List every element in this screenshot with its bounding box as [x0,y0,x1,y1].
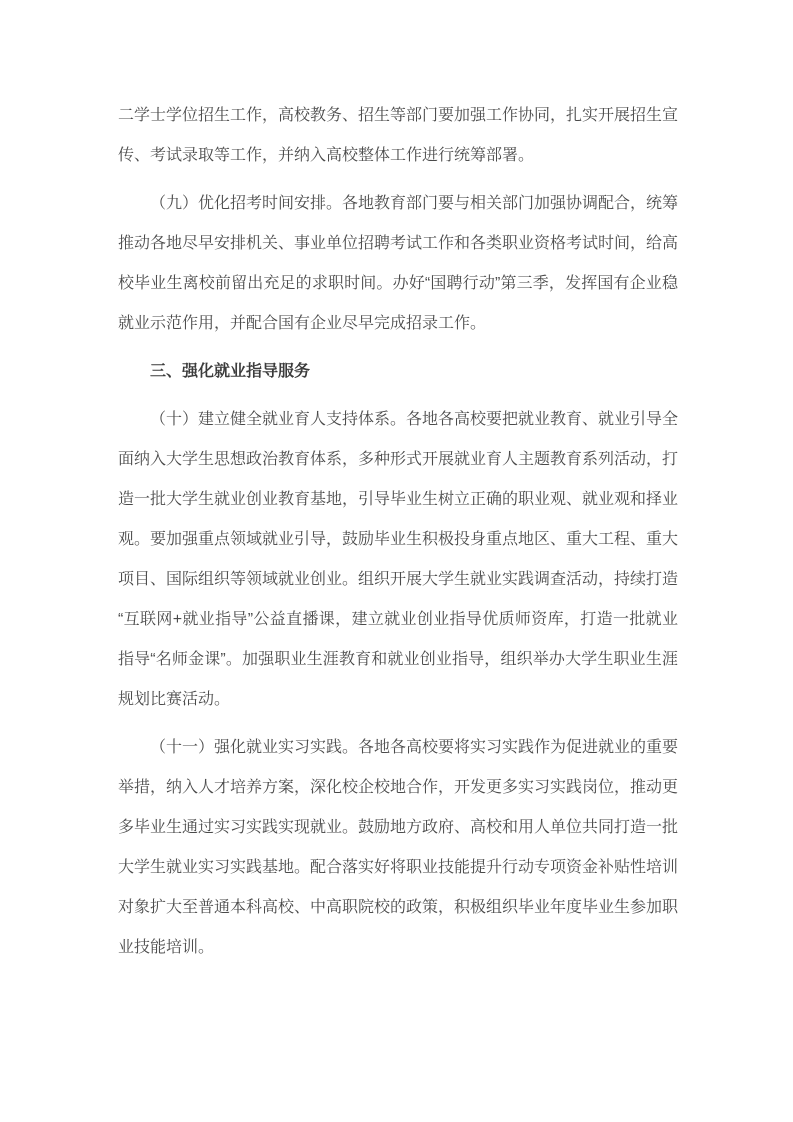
article-body: 二学士学位招生工作，高校教务、招生等部门要加强工作协同，扎实开展招生宣传、考试录… [118,96,678,968]
document-page: 二学士学位招生工作，高校教务、招生等部门要加强工作协同，扎实开展招生宣传、考试录… [0,0,793,1122]
paragraph-item-11: （十一）强化就业实习实践。各地各高校要将实习实践作为促进就业的重要举措，纳入人才… [118,728,678,968]
paragraph-item-10: （十）建立健全就业育人支持体系。各地各高校要把就业教育、就业引导全面纳入大学生思… [118,400,678,720]
paragraph-continuation: 二学士学位招生工作，高校教务、招生等部门要加强工作协同，扎实开展招生宣传、考试录… [118,96,678,176]
paragraph-item-9: （九）优化招考时间安排。各地教育部门要与相关部门加强协调配合，统筹推动各地尽早安… [118,184,678,344]
section-heading-3: 三、强化就业指导服务 [118,352,678,392]
